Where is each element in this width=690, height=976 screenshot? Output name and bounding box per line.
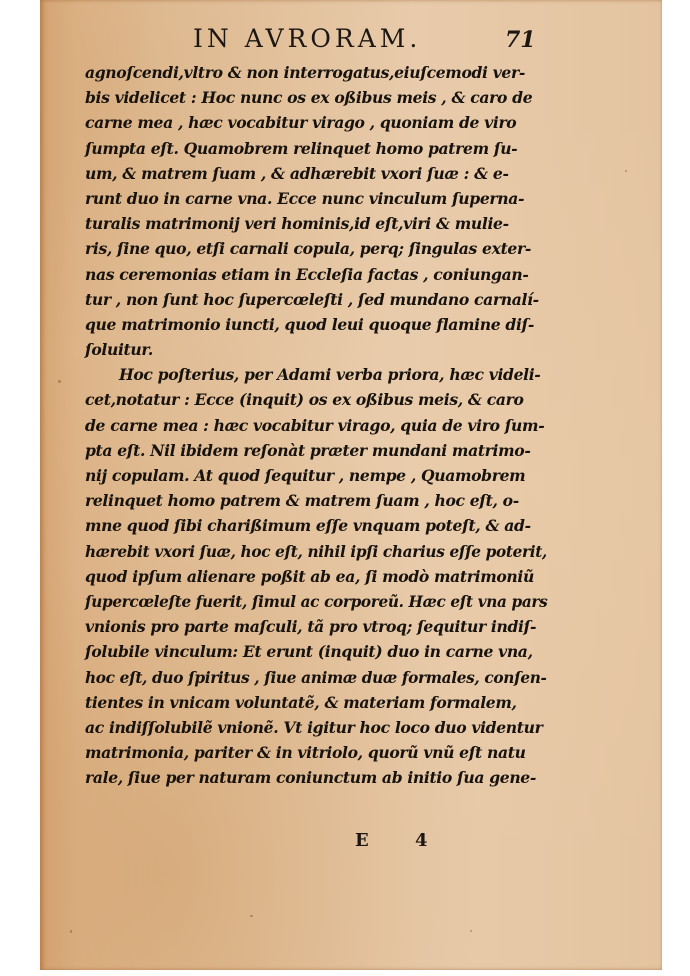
text-line: tientes in vnicam voluntatẽ, & materiam …: [85, 690, 547, 715]
line-text: relinquet homo patrem & matrem ſuam , ho…: [85, 488, 519, 513]
line-text: tur , non ſunt hoc ſupercœleſti , ſed mu…: [85, 287, 539, 312]
text-line: tur , non ſunt hoc ſupercœleſti , ſed mu…: [85, 287, 547, 312]
paper-speck: [70, 930, 72, 933]
paper-speck: [625, 170, 627, 172]
body-text: agnoſcendi,vltro & non interrogatus,eiuſ…: [85, 60, 547, 790]
paper-speck: [250, 915, 253, 917]
line-text: quod ipſum alienare poßit ab ea, ſi modò…: [85, 564, 534, 589]
text-line: de carne mea : hæc vocabitur virago, qui…: [85, 413, 547, 438]
line-text: cet,notatur : Ecce (inquit) os ex oßibus…: [85, 387, 524, 412]
line-text: um, & matrem ſuam , & adhærebit vxori ſu…: [85, 161, 509, 186]
text-line: ſoluitur.: [85, 337, 547, 362]
line-text: agnoſcendi,vltro & non interrogatus,eiuſ…: [85, 60, 525, 85]
text-line: ſolubile vinculum: Et erunt (inquit) duo…: [85, 639, 547, 664]
text-line: hoc eſt, duo ſpiritus , ſiue animæ duæ f…: [85, 665, 547, 690]
text-line: ſumpta eſt. Quamobrem relinquet homo pat…: [85, 136, 547, 161]
line-text: ſumpta eſt. Quamobrem relinquet homo pat…: [85, 136, 517, 161]
line-text: ac indiſſolubilẽ vnionẽ. Vt igitur hoc l…: [85, 715, 543, 740]
line-text: turalis matrimonij veri hominis,id eſt,v…: [85, 211, 509, 236]
text-line: rale, ſiue per naturam coniunctum ab ini…: [85, 765, 547, 790]
text-line: vnionis pro parte maſculi, tã pro vtroq;…: [85, 614, 547, 639]
text-line: mne quod ſibi charißimum eſſe vnquam pot…: [85, 513, 547, 538]
text-line: bis videlicet : Hoc nunc os ex oßibus me…: [85, 85, 547, 110]
line-text: vnionis pro parte maſculi, tã pro vtroq;…: [85, 614, 536, 639]
running-header: IN AVRORAM.: [193, 24, 425, 53]
line-text: Hoc poſterius, per Adami verba priora, h…: [119, 362, 540, 387]
line-text: rale, ſiue per naturam coniunctum ab ini…: [85, 765, 536, 790]
line-text: nas ceremonias etiam in Eccleſia factas …: [85, 262, 528, 287]
text-line: quod ipſum alienare poßit ab ea, ſi modò…: [85, 564, 547, 589]
text-line: relinquet homo patrem & matrem ſuam , ho…: [85, 488, 547, 513]
text-line: nas ceremonias etiam in Eccleſia factas …: [85, 262, 547, 287]
text-line: carne mea , hæc vocabitur virago , quoni…: [85, 110, 547, 135]
line-text: ſolubile vinculum: Et erunt (inquit) duo…: [85, 639, 533, 664]
line-text: de carne mea : hæc vocabitur virago, qui…: [85, 413, 544, 438]
text-line: ſupercœleſte fuerit, ſimul ac corporeũ. …: [85, 589, 547, 614]
text-line: ac indiſſolubilẽ vnionẽ. Vt igitur hoc l…: [85, 715, 547, 740]
line-text: hoc eſt, duo ſpiritus , ſiue animæ duæ f…: [85, 665, 547, 690]
text-line: agnoſcendi,vltro & non interrogatus,eiuſ…: [85, 60, 547, 85]
line-text: matrimonia, pariter & in vitriolo, quorũ…: [85, 740, 526, 765]
line-text: ſoluitur.: [85, 337, 153, 362]
text-line: que matrimonio iuncti, quod leui quoque …: [85, 312, 547, 337]
line-text: tientes in vnicam voluntatẽ, & materiam …: [85, 690, 517, 715]
line-text: que matrimonio iuncti, quod leui quoque …: [85, 312, 534, 337]
line-text: pta eſt. Nil ibidem reſonàt præter munda…: [85, 438, 530, 463]
text-line: hærebit vxori ſuæ, hoc eſt, nihil ipſi c…: [85, 539, 547, 564]
line-text: runt duo in carne vna. Ecce nunc vinculu…: [85, 186, 524, 211]
text-line: turalis matrimonij veri hominis,id eſt,v…: [85, 211, 547, 236]
paper-speck: [470, 930, 472, 932]
line-text: ris, ſine quo, etſi carnali copula, perq…: [85, 236, 531, 261]
page-number: 71: [505, 27, 536, 53]
line-text: carne mea , hæc vocabitur virago , quoni…: [85, 110, 516, 135]
line-text: bis videlicet : Hoc nunc os ex oßibus me…: [85, 85, 532, 110]
text-line: ris, ſine quo, etſi carnali copula, perq…: [85, 236, 547, 261]
line-text: mne quod ſibi charißimum eſſe vnquam pot…: [85, 513, 531, 538]
text-line: um, & matrem ſuam , & adhærebit vxori ſu…: [85, 161, 547, 186]
text-line-paragraph-start: Hoc poſterius, per Adami verba priora, h…: [85, 362, 547, 387]
text-line: cet,notatur : Ecce (inquit) os ex oßibus…: [85, 387, 547, 412]
paper-speck: [58, 380, 61, 383]
line-text: nij copulam. At quod ſequitur , nempe , …: [85, 463, 525, 488]
text-line: runt duo in carne vna. Ecce nunc vinculu…: [85, 186, 547, 211]
signature-mark: E 4: [355, 830, 448, 851]
line-text: ſupercœleſte fuerit, ſimul ac corporeũ. …: [85, 589, 547, 614]
line-text: hærebit vxori ſuæ, hoc eſt, nihil ipſi c…: [85, 539, 547, 564]
text-line: pta eſt. Nil ibidem reſonàt præter munda…: [85, 438, 547, 463]
text-line: nij copulam. At quod ſequitur , nempe , …: [85, 463, 547, 488]
text-line: matrimonia, pariter & in vitriolo, quorũ…: [85, 740, 547, 765]
